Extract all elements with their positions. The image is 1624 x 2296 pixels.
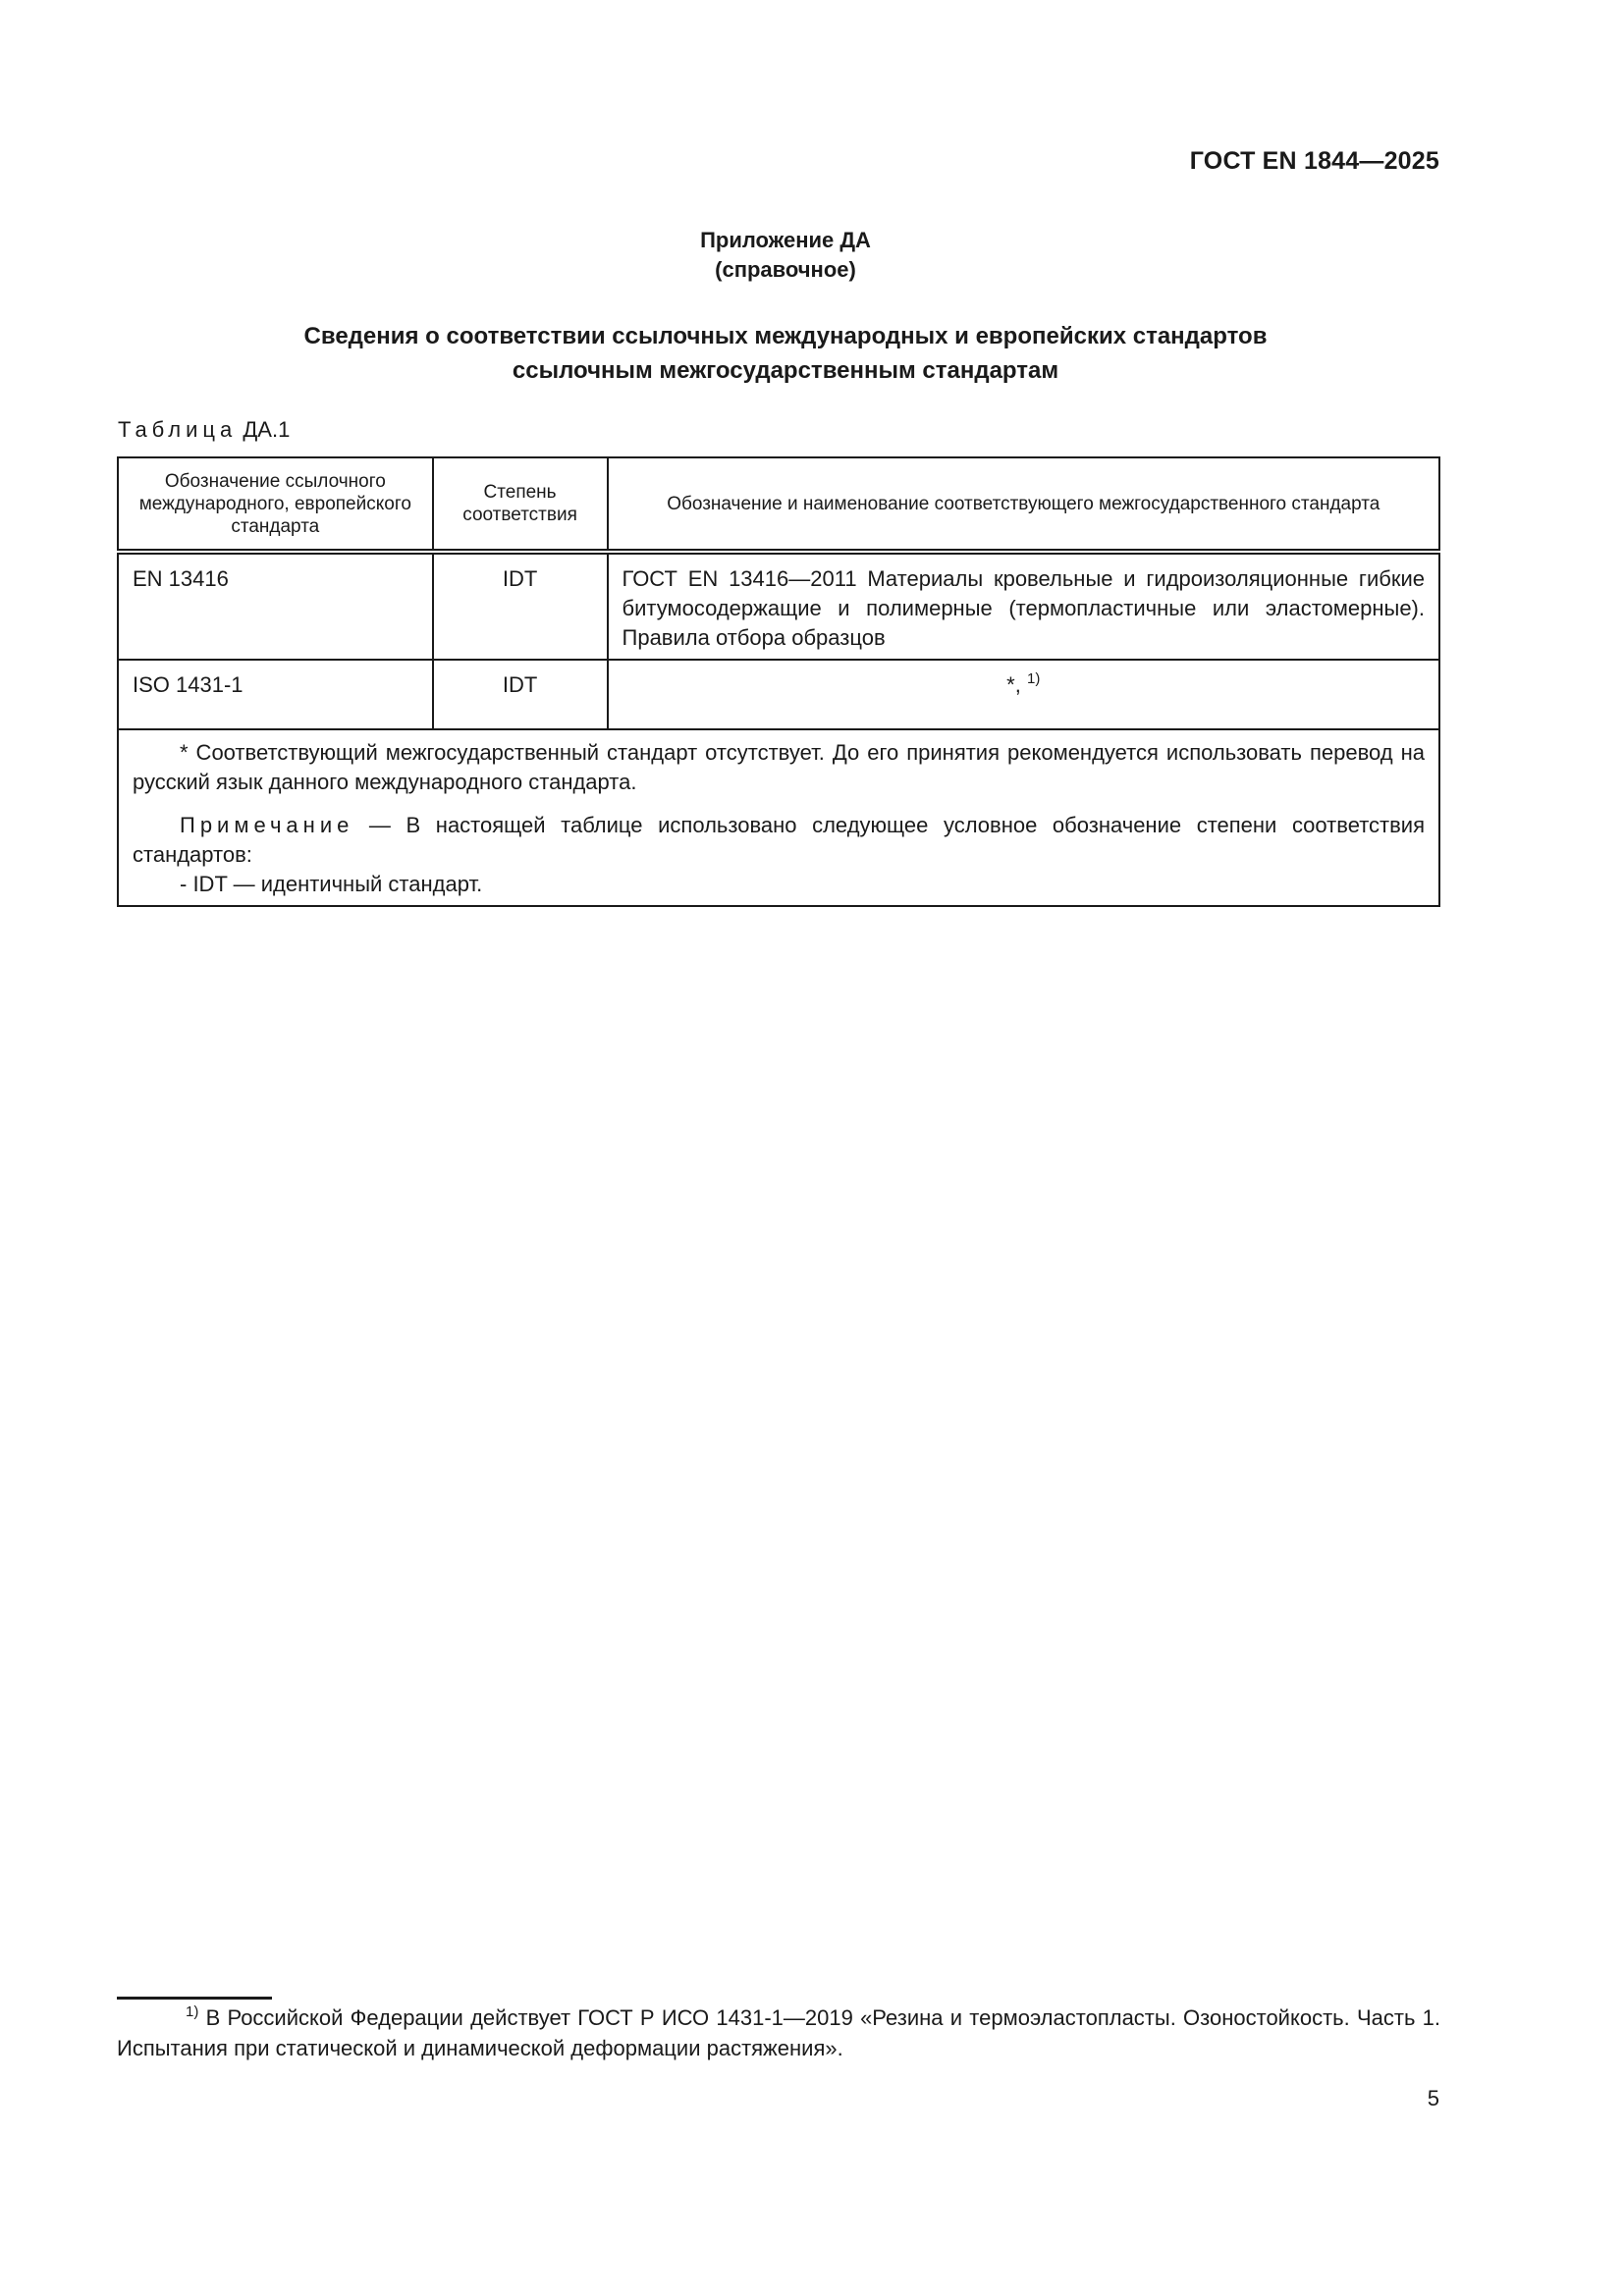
table-note: Примечание — В настоящей таблице использ… — [133, 811, 1425, 870]
table-caption-label: Таблица — [118, 417, 237, 442]
note-label: Примечание — [180, 813, 353, 837]
page-footnote: 1) В Российской Федерации действует ГОСТ… — [117, 2002, 1440, 2063]
annex-status: (справочное) — [0, 255, 1571, 285]
footnote-reference[interactable]: 1) — [1027, 670, 1040, 687]
cell-degree: IDT — [433, 552, 608, 660]
cell-reference: ISO 1431-1 — [118, 660, 433, 729]
table-caption-number: ДА.1 — [243, 417, 290, 442]
section-title-line-2: ссылочным межгосударственным стандартам — [0, 353, 1571, 388]
page-number: 5 — [1428, 2086, 1439, 2111]
page-footnote-text: 1) В Российской Федерации действует ГОСТ… — [117, 2002, 1440, 2063]
table-caption: Таблица ДА.1 — [118, 417, 290, 443]
footnote-body: В Российской Федерации действует ГОСТ Р … — [117, 2005, 1440, 2060]
footnote-marker: 1) — [186, 2003, 198, 2020]
annex-heading: Приложение ДА (справочное) — [0, 226, 1571, 285]
cell-interstate-standard: ГОСТ EN 13416—2011 Материалы кровельные … — [608, 552, 1439, 660]
table-notes: * Соответствующий межгосударственный ста… — [118, 729, 1439, 906]
footnote-separator — [117, 1997, 272, 2000]
document-code: ГОСТ EN 1844—2025 — [1190, 147, 1439, 176]
star-footnote: * Соответствующий межгосударственный ста… — [133, 738, 1425, 797]
table-header-row: Обозначение ссылочного международного, е… — [118, 457, 1439, 552]
missing-standard-mark: *, — [1006, 672, 1021, 697]
standards-correspondence-table: Обозначение ссылочного международного, е… — [117, 456, 1440, 907]
table-notes-row: * Соответствующий межгосударственный ста… — [118, 729, 1439, 906]
section-title: Сведения о соответствии ссылочных междун… — [0, 319, 1571, 388]
annex-title: Приложение ДА — [0, 226, 1571, 255]
table-row: ISO 1431-1 IDT *, 1) — [118, 660, 1439, 729]
cell-degree: IDT — [433, 660, 608, 729]
column-header-degree: Степень соответствия — [433, 457, 608, 552]
cell-reference: EN 13416 — [118, 552, 433, 660]
column-header-reference-standard: Обозначение ссылочного международного, е… — [118, 457, 433, 552]
section-title-line-1: Сведения о соответствии ссылочных междун… — [0, 319, 1571, 353]
column-header-interstate-standard: Обозначение и наименование соответствующ… — [608, 457, 1439, 552]
cell-interstate-standard: *, 1) — [608, 660, 1439, 729]
table-row: EN 13416 IDT ГОСТ EN 13416—2011 Материал… — [118, 552, 1439, 660]
note-list-item: - IDT — идентичный стандарт. — [133, 870, 1425, 899]
